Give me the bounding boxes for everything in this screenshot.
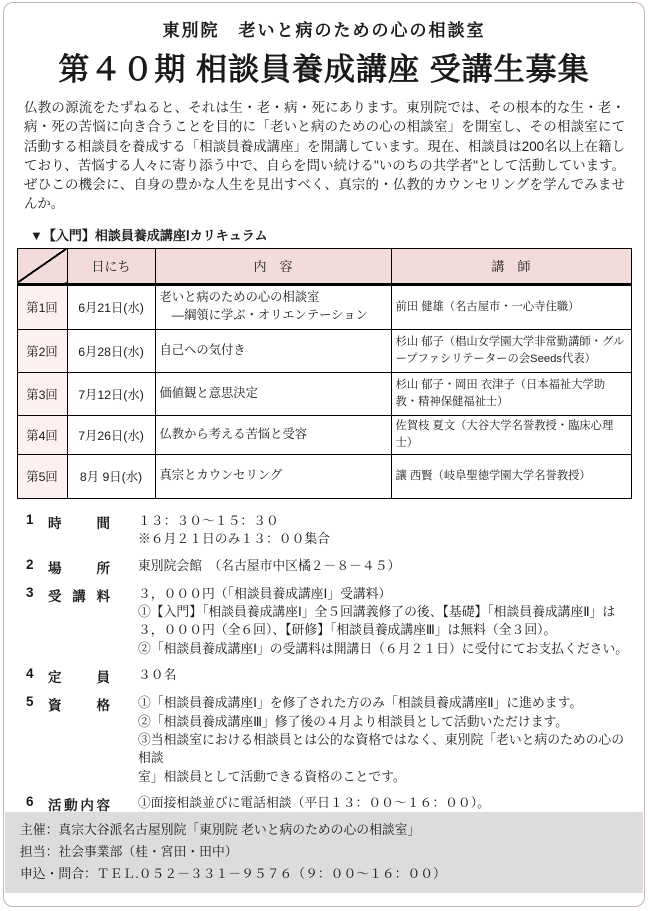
footer-staff: 担当：社会事業部（桂・宮田・田中） <box>20 841 628 863</box>
session-number: 第5回 <box>17 454 67 498</box>
column-header-date: 日にち <box>67 248 155 284</box>
curriculum-table: 日にち 内 容 講 師 第1回 6月21日(水) 老いと病のための心の相談室 ―… <box>17 248 632 499</box>
session-number: 第3回 <box>17 372 67 415</box>
section-label: 受講料 <box>48 585 110 659</box>
session-content: 老いと病のための心の相談室 ―綱領に学ぶ・オリエンテーション <box>155 284 391 329</box>
session-lecturer: 佐賀枝 夏文（大谷大学名誉教授・臨床心理士） <box>391 415 631 454</box>
table-row: 第2回 6月28日(水) 自己への気付き 杉山 郁子（椙山女学園大学非常勤講師・… <box>17 329 631 372</box>
column-header-content: 内 容 <box>155 248 391 284</box>
section-values: 東別院会館 （名古屋市中区橘２－８－４５） <box>138 557 632 577</box>
intro-paragraph: 仏教の源流をたずねると、それは生・老・病・死にあります。東別院では、その根本的な… <box>24 98 625 214</box>
table-row: 第1回 6月21日(水) 老いと病のための心の相談室 ―綱領に学ぶ・オリエンテー… <box>17 284 631 329</box>
section-place: 2 場所 東別院会館 （名古屋市中区橘２－８－４５） <box>26 557 632 577</box>
section-number: 2 <box>26 557 48 577</box>
section-time: 1 時間 １３：３０～１５：３０ ※６月２１日のみ１３：００集合 <box>26 512 632 549</box>
document-title: 第４０期 相談員養成講座 受講生募集 <box>4 44 644 89</box>
table-row: 第5回 8月 9日(水) 真宗とカウンセリング 讓 西賢（岐阜聖徳学園大学名誉教… <box>17 454 631 498</box>
section-number: 1 <box>26 512 48 549</box>
section-label: 定員 <box>48 666 110 686</box>
section-values: ①「相談員養成講座Ⅰ」を修了された方のみ「相談員養成講座Ⅱ」に進めます。 ②「相… <box>138 694 632 786</box>
session-lecturer: 讓 西賢（岐阜聖徳学園大学名誉教授） <box>391 454 631 498</box>
session-lecturer: 前田 健雄（名古屋市・一心寺住職） <box>391 284 631 329</box>
table-header-row: 日にち 内 容 講 師 <box>17 248 631 284</box>
footer-organizer: 主催：真宗大谷派名古屋別院「東別院 老いと病のための心の相談室」 <box>20 819 628 841</box>
section-capacity: 4 定員 ３０名 <box>26 666 632 686</box>
session-number: 第1回 <box>17 284 67 329</box>
footer-contact-phone: 申込・問合：ＴＥＬ.０５２－３３１－９５７６（９：００～１６：００） <box>20 863 628 885</box>
session-date: 7月26日(水) <box>67 415 155 454</box>
table-row: 第3回 7月12日(水) 価値観と意思決定 杉山 郁子・岡田 衣津子（日本福祉大… <box>17 372 631 415</box>
session-content: 仏教から考える苦悩と受容 <box>155 415 391 454</box>
corner-diagonal-cell <box>17 248 67 284</box>
section-qualification: 5 資格 ①「相談員養成講座Ⅰ」を修了された方のみ「相談員養成講座Ⅱ」に進めます… <box>26 694 632 786</box>
section-line: ②「相談員養成講座Ⅲ」修了後の４月より相談員として活動いただけます。 <box>138 713 632 731</box>
section-line: ３０名 <box>138 666 632 684</box>
section-fee: 3 受講料 ３，０００円（「相談員養成講座Ⅰ」受講料） ①【入門】「相談員養成講… <box>26 585 632 659</box>
session-date: 6月28日(水) <box>67 329 155 372</box>
section-line: ①面接相談並びに電話相談（平日１３：００～１６：００）。 <box>138 794 632 812</box>
section-label: 資格 <box>48 694 110 786</box>
section-line: ①【入門】「相談員養成講座Ⅰ」全５回講義修了の後、【基礎】「相談員養成講座Ⅱ」は… <box>138 603 632 640</box>
session-number: 第4回 <box>17 415 67 454</box>
session-date: 6月21日(水) <box>67 284 155 329</box>
session-content: 真宗とカウンセリング <box>155 454 391 498</box>
column-header-lecturer: 講 師 <box>391 248 631 284</box>
session-content: 自己への気付き <box>155 329 391 372</box>
section-label: 時間 <box>48 512 110 549</box>
session-content: 価値観と意思決定 <box>155 372 391 415</box>
section-line: ３，０００円（「相談員養成講座Ⅰ」受講料） <box>138 585 632 603</box>
section-number: 4 <box>26 666 48 686</box>
section-line: ②「相談員養成講座Ⅰ」の受講料は開講日（６月２１日）に受付にてお支払ください。 <box>138 640 632 658</box>
session-date: 7月12日(水) <box>67 372 155 415</box>
footer-box: 主催：真宗大谷派名古屋別院「東別院 老いと病のための心の相談室」 担当：社会事業… <box>5 812 643 893</box>
section-line: ※６月２１日のみ１３：００集合 <box>138 530 632 548</box>
session-lecturer: 杉山 郁子（椙山女学園大学非常勤講師・グループファシリテーターの会Seeds代表… <box>391 329 631 372</box>
table-row: 第4回 7月26日(水) 仏教から考える苦悩と受容 佐賀枝 夏文（大谷大学名誉教… <box>17 415 631 454</box>
session-lecturer: 杉山 郁子・岡田 衣津子（日本福祉大学助教・精神保健福祉士） <box>391 372 631 415</box>
section-number: 5 <box>26 694 48 786</box>
section-label: 場所 <box>48 557 110 577</box>
section-values: ３０名 <box>138 666 632 686</box>
section-values: １３：３０～１５：３０ ※６月２１日のみ１３：００集合 <box>138 512 632 549</box>
section-line: １３：３０～１５：３０ <box>138 512 632 530</box>
session-date: 8月 9日(水) <box>67 454 155 498</box>
section-line: ①「相談員養成講座Ⅰ」を修了された方のみ「相談員養成講座Ⅱ」に進めます。 <box>138 694 632 712</box>
section-line: 東別院会館 （名古屋市中区橘２－８－４５） <box>138 557 632 575</box>
curriculum-caption: ▼【入門】相談員養成講座Ⅰカリキュラム <box>30 225 644 244</box>
section-number: 3 <box>26 585 48 659</box>
document-supertitle: 東別院 老いと病のための心の相談室 <box>4 16 644 41</box>
section-values: ３，０００円（「相談員養成講座Ⅰ」受講料） ①【入門】「相談員養成講座Ⅰ」全５回… <box>138 585 632 659</box>
section-line: ③当相談室における相談員とは公的な資格ではなく、東別院「老いと病のための心の相談… <box>138 731 632 786</box>
page-frame: 東別院 老いと病のための心の相談室 第４０期 相談員養成講座 受講生募集 仏教の… <box>3 2 645 907</box>
session-number: 第2回 <box>17 329 67 372</box>
